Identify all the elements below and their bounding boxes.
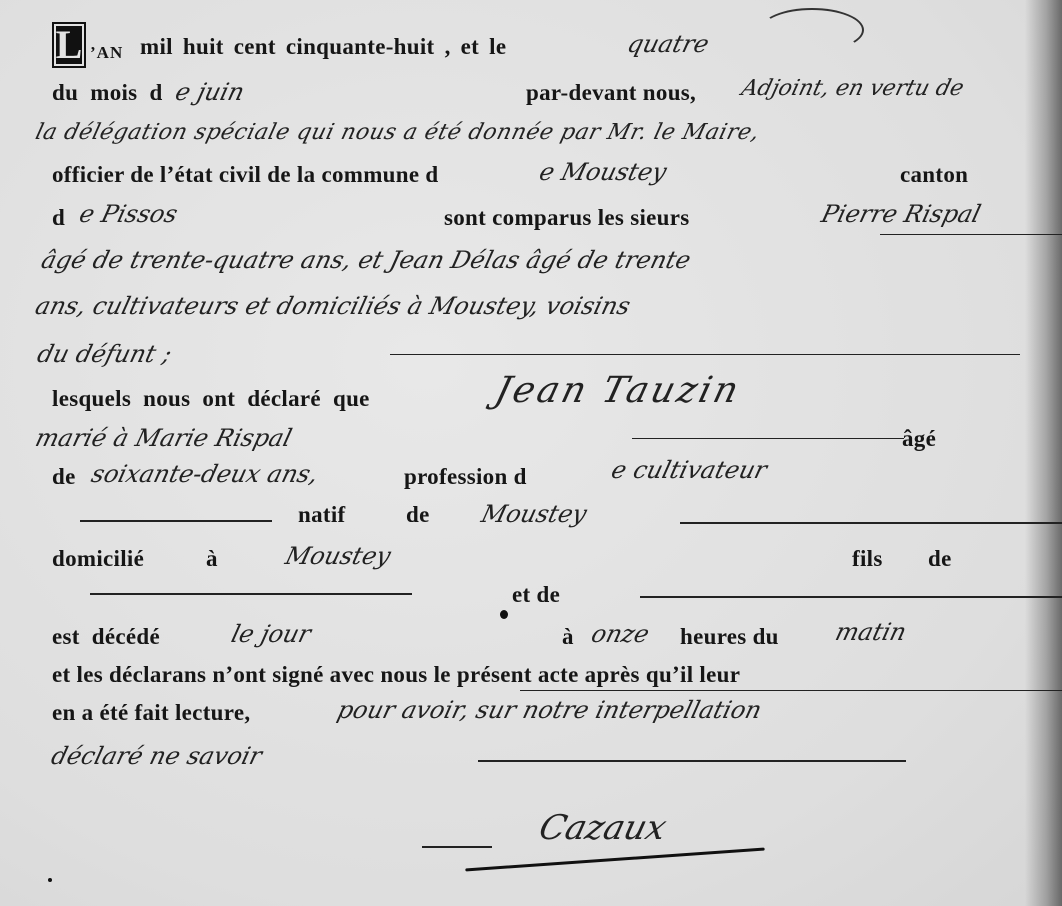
hand-month: e juin: [173, 78, 248, 106]
printed-an: ’AN: [90, 38, 123, 64]
printed-comparus: sont comparus les sieurs: [444, 205, 690, 231]
hand-death-period: matin: [833, 618, 910, 646]
signature-flourish: [465, 848, 764, 872]
printed-officier: officier de l’état civil de la commune d: [52, 162, 439, 188]
printed-fils-de: de: [928, 546, 952, 572]
printed-lecture: en a été fait lecture,: [52, 700, 250, 726]
hand-day: quatre: [625, 30, 712, 58]
hand-birthplace: Moustey: [479, 500, 590, 528]
printed-year-text: mil huit cent cinquante-huit , et le: [140, 34, 506, 60]
rule: [80, 520, 272, 522]
printed-a-hour: à: [562, 624, 574, 650]
hand-death-hour: onze: [589, 620, 653, 648]
hand-defunt: du défunt ;: [35, 340, 175, 368]
rule: [680, 522, 1062, 524]
rule: [632, 438, 904, 439]
printed-declarans: et les déclarans n’ont signé avec nous l…: [52, 662, 740, 688]
hand-profession: e cultivateur: [609, 456, 770, 484]
dropcap-letter: L: [52, 22, 86, 68]
printed-par-devant: par-devant nous,: [526, 80, 696, 106]
hand-married-to: marié à Marie Rispal: [33, 424, 295, 452]
ink-dot: [500, 610, 508, 619]
printed-de: de: [52, 464, 76, 490]
death-record-page: L ’AN mil huit cent cinquante-huit , et …: [0, 0, 1062, 906]
hand-death-day: le jour: [229, 620, 314, 648]
hand-witness1: Pierre Rispal: [819, 200, 984, 228]
hand-witness-occupation: ans, cultivateurs et domiciliés à Mouste…: [33, 292, 634, 320]
hand-commune: e Moustey: [537, 158, 670, 186]
rule: [640, 596, 1062, 598]
rule: [390, 354, 1020, 355]
rule: [880, 234, 1062, 235]
hand-declaration2: déclaré ne savoir: [49, 742, 265, 770]
hand-witness-ages: âgé de trente-quatre ans, et Jean Délas …: [39, 246, 694, 274]
printed-domicilie: domicilié: [52, 546, 144, 572]
printed-d: d: [52, 205, 65, 231]
rule: [90, 593, 412, 595]
printed-du-mois: du mois d: [52, 80, 163, 106]
ink-dot: [48, 878, 52, 882]
hand-residence: Moustey: [283, 542, 394, 570]
printed-fils: fils: [852, 546, 883, 572]
flourish: [760, 8, 864, 52]
printed-age: âgé: [902, 426, 936, 452]
printed-profession: profession d: [404, 464, 527, 490]
hand-delegation: la délégation spéciale qui nous a été do…: [33, 120, 762, 145]
hand-deceased-name: Jean Tauzin: [491, 370, 746, 411]
rule: [478, 760, 906, 762]
signature-cazaux: Cazaux: [535, 808, 671, 848]
rule: [422, 846, 492, 848]
printed-heures-du: heures du: [680, 624, 779, 650]
printed-a: à: [206, 546, 218, 572]
printed-est-decede: est décédé: [52, 624, 160, 650]
hand-declaration: pour avoir, sur notre interpellation: [335, 696, 765, 724]
printed-natif-de: de: [406, 502, 430, 528]
printed-et-de: et de: [512, 582, 560, 608]
hand-age: soixante-deux ans,: [89, 460, 322, 488]
printed-canton: canton: [900, 162, 968, 188]
hand-officer: Adjoint, en vertu de: [739, 76, 967, 101]
printed-lesquels: lesquels nous ont déclaré que: [52, 386, 370, 412]
hand-canton-name: e Pissos: [77, 200, 181, 228]
printed-natif: natif: [298, 502, 346, 528]
rule: [520, 690, 1062, 691]
